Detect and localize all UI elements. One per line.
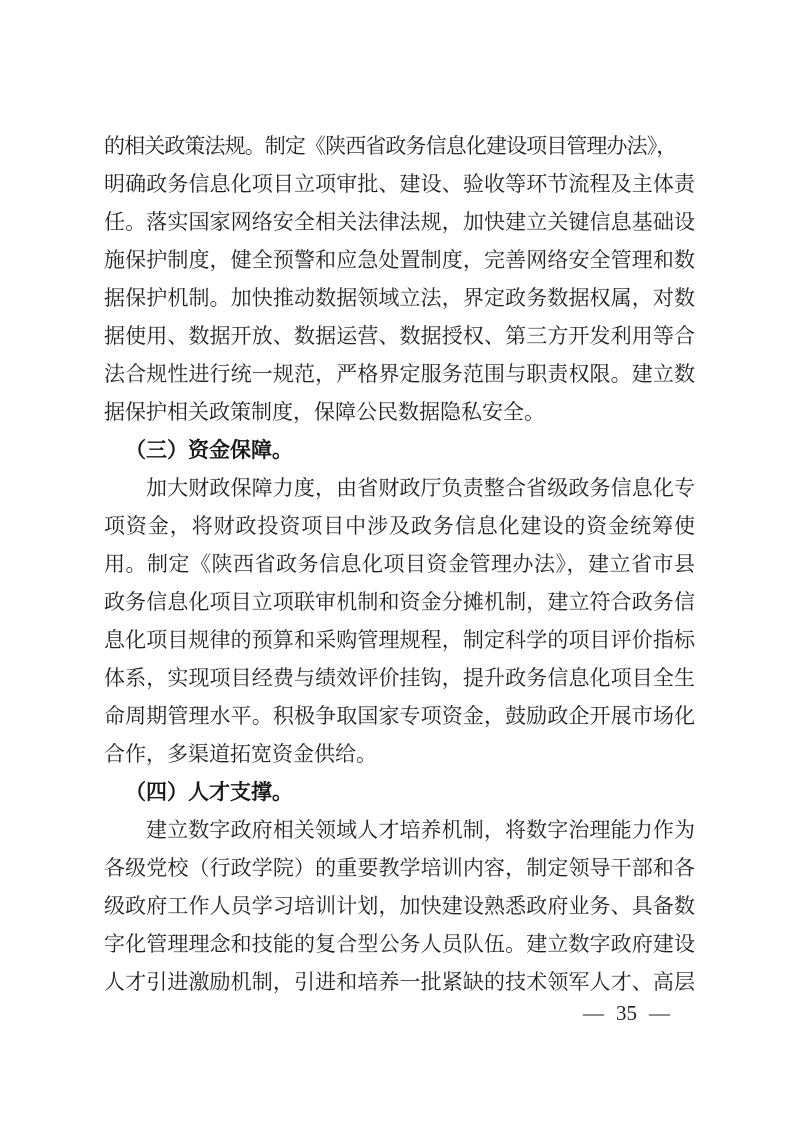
section-heading-4: （四）人才支撑。	[104, 773, 695, 811]
document-body: 的相关政策法规。制定《陕西省政务信息化建设项目管理办法》， 明确政务信息化项目立…	[104, 127, 695, 1001]
paragraph-end-line: 合作，多渠道拓宽资金供给。	[104, 735, 695, 773]
body-line: 据保护机制。加快推动数据领域立法，界定政务数据权属，对数	[104, 279, 695, 317]
body-line: 息化项目规律的预算和采购管理规程，制定科学的项目评价指标	[104, 621, 695, 659]
body-line: 任。落实国家网络安全相关法律法规，加快建立关键信息基础设	[104, 203, 695, 241]
page-number: — 35 —	[583, 1001, 670, 1025]
body-line: 政务信息化项目立项联审机制和资金分摊机制，建立符合政务信	[104, 583, 695, 621]
paragraph-start-line: 加大财政保障力度，由省财政厅负责整合省级政务信息化专	[104, 469, 695, 507]
body-line: 字化管理理念和技能的复合型公务人员队伍。建立数字政府建设	[104, 925, 695, 963]
body-line: 据使用、数据开放、数据运营、数据授权、第三方开发利用等合	[104, 317, 695, 355]
paragraph-end-line: 据保护相关政策制度，保障公民数据隐私安全。	[104, 393, 695, 431]
body-line: 明确政务信息化项目立项审批、建设、验收等环节流程及主体责	[104, 165, 695, 203]
page-number-left-dash: —	[583, 1001, 604, 1025]
body-line: 项资金，将财政投资项目中涉及政务信息化建设的资金统筹使	[104, 507, 695, 545]
body-line: 各级党校（行政学院）的重要教学培训内容，制定领导干部和各	[104, 849, 695, 887]
page-number-value: 35	[616, 1001, 637, 1025]
body-line: 人才引进激励机制，引进和培养一批紧缺的技术领军人才、高层	[104, 963, 695, 1001]
body-line: 施保护制度，健全预警和应急处置制度，完善网络安全管理和数	[104, 241, 695, 279]
document-page: 的相关政策法规。制定《陕西省政务信息化建设项目管理办法》， 明确政务信息化项目立…	[0, 0, 793, 1122]
body-line: 用。制定《陕西省政务信息化项目资金管理办法》，建立省市县	[104, 545, 695, 583]
body-line: 法合规性进行统一规范，严格界定服务范围与职责权限。建立数	[104, 355, 695, 393]
body-line: 的相关政策法规。制定《陕西省政务信息化建设项目管理办法》，	[104, 127, 695, 165]
body-line: 体系，实现项目经费与绩效评价挂钩，提升政务信息化项目全生	[104, 659, 695, 697]
section-heading-3: （三）资金保障。	[104, 431, 695, 469]
paragraph-start-line: 建立数字政府相关领域人才培养机制，将数字治理能力作为	[104, 811, 695, 849]
page-number-right-dash: —	[649, 1001, 670, 1025]
body-line: 级政府工作人员学习培训计划，加快建设熟悉政府业务、具备数	[104, 887, 695, 925]
body-line: 命周期管理水平。积极争取国家专项资金，鼓励政企开展市场化	[104, 697, 695, 735]
